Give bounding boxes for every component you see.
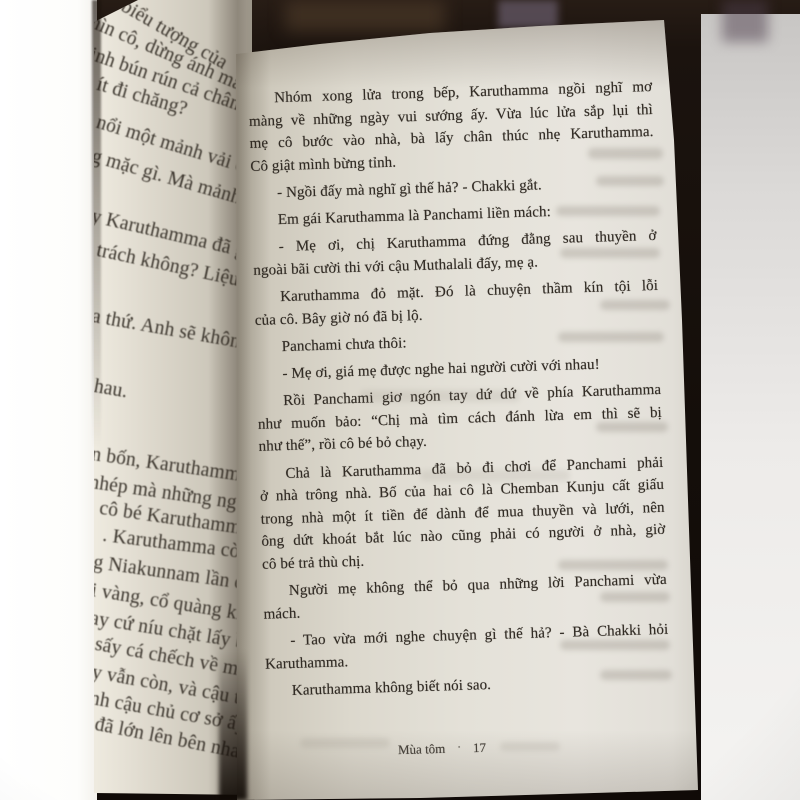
ghost-text-showthrough [500, 742, 560, 751]
footer-page-number: 17 [473, 740, 486, 756]
ghost-text-showthrough [558, 332, 664, 342]
ghost-text-showthrough [560, 248, 660, 258]
paragraph: Karuthamma đỏ mặt. Đó là chuyện thầm kín… [254, 275, 659, 332]
ghost-text-showthrough [420, 470, 570, 481]
ghost-text-showthrough [588, 148, 663, 159]
ghost-text-showthrough [600, 670, 672, 680]
ghost-text-showthrough [558, 560, 668, 570]
ghost-text-showthrough [560, 640, 670, 650]
page-stack-edge-shadow [92, 0, 101, 560]
background-shadow-blob [285, 0, 445, 32]
ghost-text-showthrough [596, 176, 664, 186]
wall-top-shadow-blob [722, 0, 768, 42]
footer-separator-dot: · [457, 742, 461, 754]
page-footer: Mùa tôm · 17 [398, 740, 486, 758]
ghost-text-showthrough [556, 206, 660, 216]
open-book-photo: biểu tượng củanhìn cô, dừng ánh mắt trin… [0, 0, 800, 800]
ghost-text-showthrough [300, 738, 390, 748]
ghost-text-showthrough [596, 422, 668, 432]
background-object-blob [498, 0, 558, 28]
ghost-text-showthrough [600, 592, 670, 602]
page-edge-highlight [0, 0, 97, 800]
paragraph: Nhóm xong lửa trong bếp, Karuthamma ngồi… [248, 76, 655, 178]
ghost-text-showthrough [600, 300, 670, 310]
gutter-dark-crease [219, 650, 247, 800]
footer-book-title: Mùa tôm [398, 741, 446, 758]
background-wall [701, 14, 800, 800]
ghost-text-showthrough [360, 390, 520, 402]
